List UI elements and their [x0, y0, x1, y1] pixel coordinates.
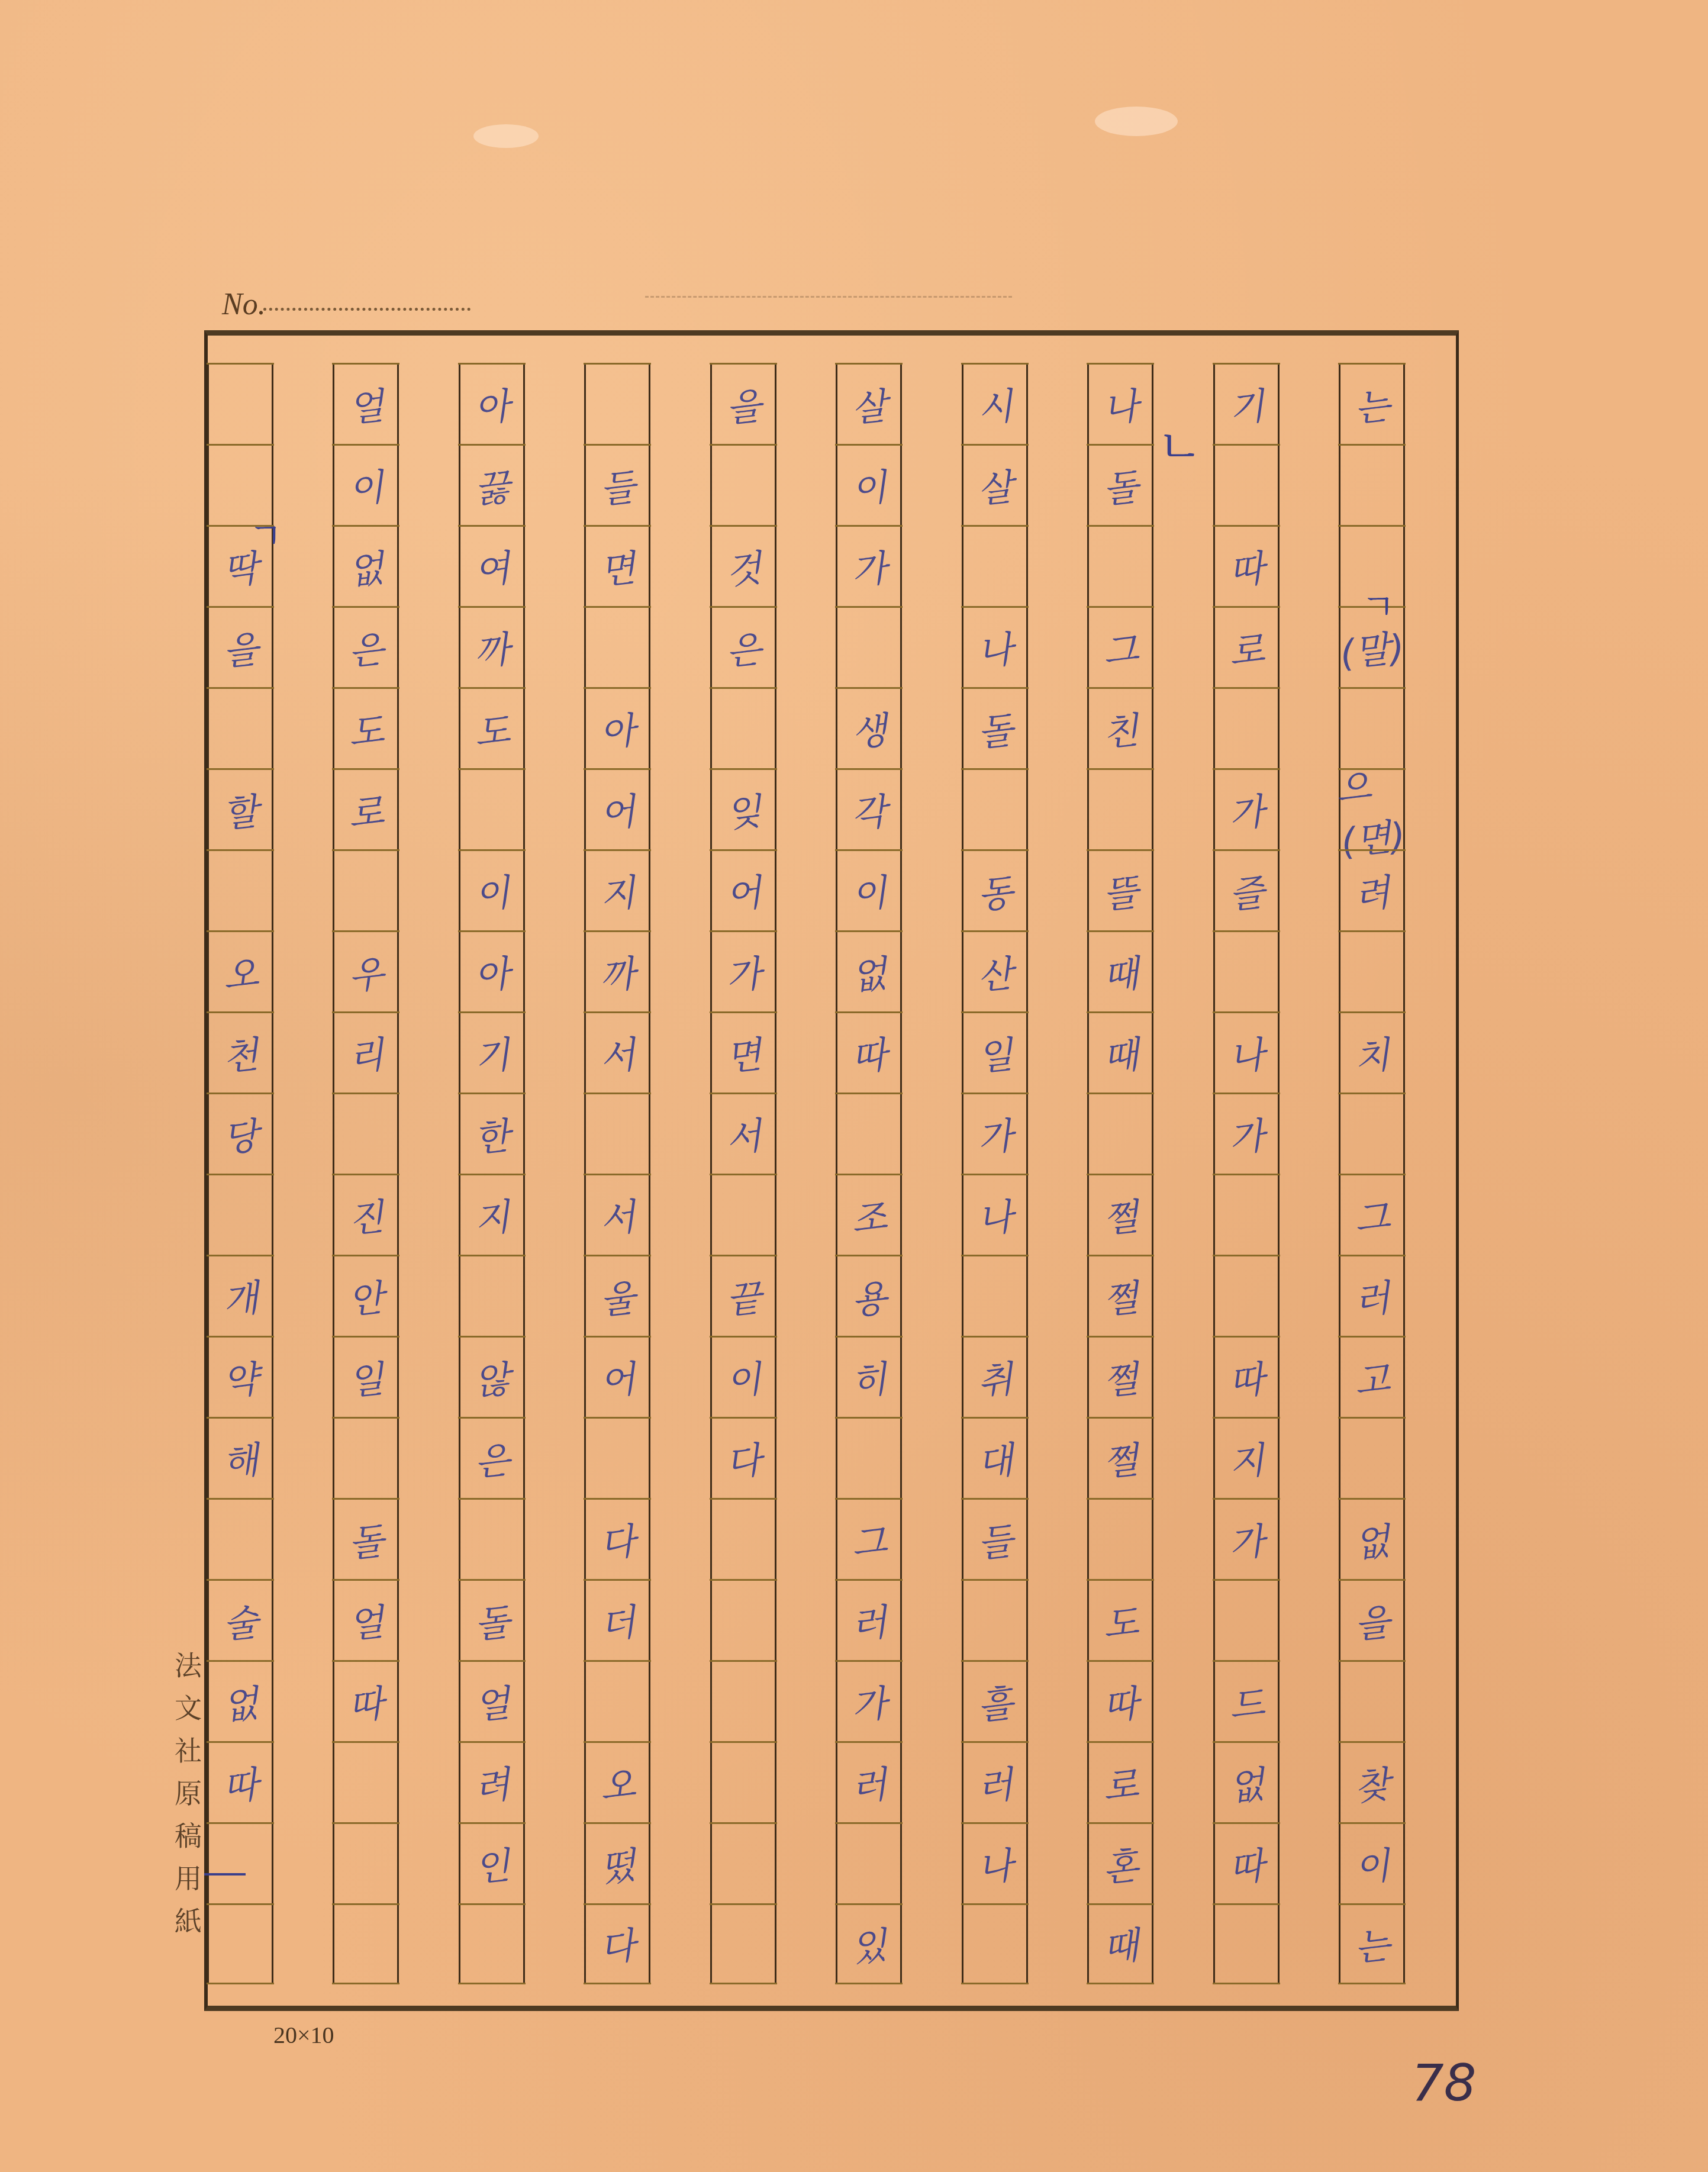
handwritten-character: 이 — [1352, 1836, 1393, 1892]
publisher-label-char: 法 — [170, 1644, 206, 1687]
handwritten-character: 쩔 — [1100, 1430, 1141, 1487]
manuscript-cell: 술 — [207, 1579, 274, 1660]
manuscript-cell: 리 — [332, 1011, 399, 1093]
handwritten-character: 을 — [723, 376, 763, 433]
handwritten-character: 쩔 — [1100, 1268, 1141, 1325]
manuscript-cell — [207, 1498, 274, 1579]
handwritten-character: 생 — [849, 701, 890, 757]
paper-stain — [1095, 107, 1178, 136]
manuscript-column: 을것은잊어가면서끝이다 — [710, 363, 776, 1984]
manuscript-cell — [1087, 768, 1154, 849]
manuscript-cell — [584, 1417, 651, 1498]
handwritten-character: 어 — [723, 863, 763, 919]
handwritten-character: 울 — [597, 1268, 638, 1325]
handwritten-character: 나 — [974, 1187, 1015, 1243]
handwritten-character: 취 — [974, 1349, 1015, 1406]
handwritten-character: 로 — [346, 782, 386, 838]
manuscript-cell: 얼 — [332, 363, 399, 444]
manuscript-cell: 가 — [1213, 768, 1280, 849]
manuscript-cell: 없 — [332, 525, 399, 606]
handwritten-character: 각 — [849, 782, 890, 838]
manuscript-cell: 을 — [710, 363, 777, 444]
handwritten-character: 끓 — [471, 457, 512, 514]
manuscript-cell: 나 — [961, 606, 1029, 687]
handwritten-character: 이 — [849, 863, 890, 919]
manuscript-cell — [584, 606, 651, 687]
manuscript-cell: 각 — [835, 768, 903, 849]
handwritten-character: 가 — [1226, 782, 1267, 838]
manuscript-cell: 나 — [1087, 363, 1154, 444]
handwritten-character: 나 — [974, 1836, 1015, 1892]
handwritten-character: 면 — [723, 1025, 763, 1081]
manuscript-cell — [710, 687, 777, 768]
manuscript-cell: 없 — [1213, 1741, 1280, 1822]
handwritten-character: 가 — [849, 1674, 890, 1730]
underline-mark — [204, 1873, 246, 1875]
manuscript-cell: 쩔 — [1087, 1174, 1154, 1255]
manuscript-cell — [332, 1741, 399, 1822]
manuscript-cell: 도 — [1087, 1579, 1154, 1660]
manuscript-cell: 다 — [584, 1498, 651, 1579]
manuscript-cell: 이 — [332, 444, 399, 525]
handwritten-character: 시 — [974, 376, 1015, 433]
handwritten-character: 다 — [723, 1430, 763, 1487]
handwritten-character: 끝 — [723, 1268, 763, 1325]
publisher-label-char: 文 — [170, 1687, 206, 1729]
manuscript-cell: 돌 — [961, 687, 1029, 768]
manuscript-cell: 얼 — [332, 1579, 399, 1660]
handwritten-character: 가 — [1226, 1512, 1267, 1568]
handwritten-character: 찾 — [1352, 1755, 1393, 1811]
manuscript-cell: 살 — [961, 444, 1029, 525]
manuscript-column: 들면아어지까서서울어다더오떴다 — [584, 363, 650, 1984]
manuscript-cell — [835, 1417, 903, 1498]
manuscript-cell: 때 — [1087, 1903, 1154, 1984]
manuscript-cell — [458, 1498, 526, 1579]
handwritten-character: 따 — [220, 1755, 260, 1811]
manuscript-cell: 은 — [332, 606, 399, 687]
manuscript-cell: 러 — [835, 1741, 903, 1822]
manuscript-cell: 즐 — [1213, 849, 1280, 930]
handwritten-character: 기 — [1226, 376, 1267, 433]
manuscript-cell — [332, 849, 399, 930]
handwritten-character: 러 — [974, 1755, 1015, 1811]
manuscript-cell: 흘 — [961, 1660, 1029, 1741]
manuscript-cell: 나 — [961, 1822, 1029, 1903]
handwritten-character: 도 — [346, 701, 386, 757]
handwritten-character: 다 — [597, 1512, 638, 1568]
handwritten-character: 그 — [1100, 620, 1141, 676]
manuscript-cell — [458, 768, 526, 849]
manuscript-cell: 가 — [710, 930, 777, 1011]
handwritten-character: 일 — [346, 1349, 386, 1406]
manuscript-cell: 까 — [584, 930, 651, 1011]
manuscript-cell: 로 — [1087, 1741, 1154, 1822]
manuscript-cell: 기 — [1213, 363, 1280, 444]
handwritten-character: 로 — [1100, 1755, 1141, 1811]
manuscript-cell: 따 — [207, 1741, 274, 1822]
manuscript-column: 얼이없은도로우리진안일돌얼따 — [333, 363, 399, 1984]
manuscript-cell — [710, 1174, 777, 1255]
manuscript-cell: 끓 — [458, 444, 526, 525]
manuscript-cell: 려 — [458, 1741, 526, 1822]
manuscript-cell — [710, 1741, 777, 1822]
publisher-label-char: 用 — [170, 1857, 206, 1900]
handwritten-character: 할 — [220, 782, 260, 838]
manuscript-cell: 려 — [1338, 849, 1406, 930]
manuscript-cell: 나 — [1213, 1011, 1280, 1093]
handwritten-character: 는 — [1352, 376, 1393, 433]
manuscript-cell — [584, 1093, 651, 1174]
manuscript-column: 딱을할오천당개약해술없따 — [207, 363, 273, 1984]
manuscript-cell: 을 — [207, 606, 274, 687]
manuscript-cell — [835, 1093, 903, 1174]
manuscript-cell: 용 — [835, 1255, 903, 1336]
manuscript-cell: 다 — [584, 1903, 651, 1984]
handwritten-character: 려 — [1352, 863, 1393, 919]
manuscript-cell: 찾 — [1338, 1741, 1406, 1822]
manuscript-cell: 나 — [961, 1174, 1029, 1255]
manuscript-cell: 천 — [207, 1011, 274, 1093]
manuscript-cell: 뜰 — [1087, 849, 1154, 930]
handwritten-character: 들 — [974, 1512, 1015, 1568]
handwritten-character: 오 — [597, 1755, 638, 1811]
manuscript-cell: 가 — [835, 525, 903, 606]
manuscript-cell — [332, 1417, 399, 1498]
handwritten-character: 따 — [346, 1674, 386, 1730]
manuscript-cell: 들 — [961, 1498, 1029, 1579]
handwritten-character: 않 — [471, 1349, 512, 1406]
manuscript-cell: 따 — [1213, 1336, 1280, 1417]
correction-mark-icon: ㄱ — [1361, 579, 1396, 630]
handwritten-character: 로 — [1226, 620, 1267, 676]
manuscript-cell — [584, 1660, 651, 1741]
manuscript-cell: 들 — [584, 444, 651, 525]
handwritten-character: 아 — [471, 944, 512, 1000]
manuscript-cell — [1338, 1093, 1406, 1174]
handwritten-character: 해 — [220, 1430, 260, 1487]
publisher-label: 法文社原稿用紙 — [170, 1644, 206, 1942]
manuscript-cell: 일 — [332, 1336, 399, 1417]
manuscript-cell: 해 — [207, 1417, 274, 1498]
manuscript-cell: 약 — [207, 1336, 274, 1417]
handwritten-character: 따 — [1226, 539, 1267, 595]
manuscript-cell: 으(면) — [1338, 768, 1406, 849]
manuscript-cell: 지 — [584, 849, 651, 930]
handwritten-character: 서 — [597, 1025, 638, 1081]
manuscript-cell: 쩔 — [1087, 1417, 1154, 1498]
manuscript-cell — [710, 1660, 777, 1741]
manuscript-cell: 개 — [207, 1255, 274, 1336]
handwritten-character: 드 — [1226, 1674, 1267, 1730]
manuscript-cell: 따 — [1213, 1822, 1280, 1903]
manuscript-cell: 돌 — [1087, 444, 1154, 525]
handwritten-character: 들 — [597, 457, 638, 514]
manuscript-cell: 러 — [961, 1741, 1029, 1822]
handwritten-character: 은 — [471, 1430, 512, 1487]
manuscript-cell: 히 — [835, 1336, 903, 1417]
manuscript-cell — [835, 606, 903, 687]
manuscript-column: 아끓여까도이아기한지않은돌얼려인 — [459, 363, 525, 1984]
manuscript-cell — [1213, 930, 1280, 1011]
manuscript-cell — [1213, 1903, 1280, 1984]
faint-pencil-line — [645, 296, 1012, 298]
manuscript-cell: 지 — [458, 1174, 526, 1255]
handwritten-character: 얼 — [346, 376, 386, 433]
handwritten-character: 즐 — [1226, 863, 1267, 919]
handwritten-character: 한 — [471, 1106, 512, 1162]
manuscript-column: 기따로가즐나가따지가드없따 — [1213, 363, 1280, 1984]
manuscript-cell: 가 — [961, 1093, 1029, 1174]
manuscript-cell — [961, 1903, 1029, 1984]
manuscript-cell: 따 — [835, 1011, 903, 1093]
manuscript-cell: 그 — [1087, 606, 1154, 687]
manuscript-cell: 생 — [835, 687, 903, 768]
handwritten-character: 치 — [1352, 1025, 1393, 1081]
handwritten-page-number: 78 — [1411, 2054, 1476, 2113]
handwritten-character: 러 — [1352, 1268, 1393, 1325]
manuscript-cell — [1087, 525, 1154, 606]
manuscript-column: 나돌그친뜰때때쩔쩔쩔쩔도따로혼때 — [1087, 363, 1153, 1984]
manuscript-cell — [332, 1822, 399, 1903]
manuscript-cell: 살 — [835, 363, 903, 444]
handwritten-character: 뜰 — [1100, 863, 1141, 919]
handwritten-character: 얼 — [346, 1593, 386, 1649]
manuscript-cell — [458, 1255, 526, 1336]
manuscript-cell — [1338, 444, 1406, 525]
handwritten-character: 서 — [597, 1187, 638, 1243]
manuscript-cell — [207, 363, 274, 444]
handwritten-character: 아 — [471, 376, 512, 433]
handwritten-character: 서 — [723, 1106, 763, 1162]
handwritten-character: 없 — [1226, 1755, 1267, 1811]
manuscript-cell — [1213, 1579, 1280, 1660]
manuscript-cell — [1213, 1174, 1280, 1255]
grid-size-label: 20×10 — [273, 2021, 334, 2049]
correction-mark-icon: ㄴ — [1157, 408, 1203, 476]
handwritten-character: 쩔 — [1100, 1187, 1141, 1243]
manuscript-cell: 안 — [332, 1255, 399, 1336]
manuscript-cell: 드 — [1213, 1660, 1280, 1741]
manuscript-cell: 우 — [332, 930, 399, 1011]
manuscript-cell: 아 — [584, 687, 651, 768]
handwritten-character: 면 — [597, 539, 638, 595]
handwritten-character: 돌 — [974, 701, 1015, 757]
manuscript-cell: 러 — [1338, 1255, 1406, 1336]
handwritten-character: 진 — [346, 1187, 386, 1243]
handwritten-character: 기 — [471, 1025, 512, 1081]
manuscript-cell: 서 — [710, 1093, 777, 1174]
manuscript-cell: 어 — [584, 1336, 651, 1417]
handwritten-character: 없 — [1352, 1512, 1393, 1568]
manuscript-cell: 할 — [207, 768, 274, 849]
handwritten-character: 안 — [346, 1268, 386, 1325]
handwritten-character: 조 — [849, 1187, 890, 1243]
page-number-label: No. — [222, 287, 266, 322]
manuscript-column: 살이가생각이없따조용히그러가러있 — [836, 363, 902, 1984]
manuscript-cell — [710, 1903, 777, 1984]
manuscript-cell: 서 — [584, 1011, 651, 1093]
manuscript-cell: 로 — [332, 768, 399, 849]
handwritten-character: 살 — [974, 457, 1015, 514]
manuscript-cell: 오 — [207, 930, 274, 1011]
handwritten-character: 친 — [1100, 701, 1141, 757]
manuscript-cell — [1213, 444, 1280, 525]
manuscript-cell: 여 — [458, 525, 526, 606]
handwritten-character: 는 — [1352, 1916, 1393, 1972]
handwritten-character: 지 — [1226, 1430, 1267, 1487]
manuscript-cell — [1338, 1660, 1406, 1741]
handwritten-character: 까 — [471, 620, 512, 676]
handwritten-character: 대 — [974, 1430, 1015, 1487]
handwritten-character: 도 — [471, 701, 512, 757]
handwritten-character: 어 — [597, 782, 638, 838]
manuscript-cell: 동 — [961, 849, 1029, 930]
manuscript-cell — [710, 1498, 777, 1579]
handwritten-character: 당 — [220, 1106, 260, 1162]
handwritten-character: 이 — [471, 863, 512, 919]
manuscript-cell — [961, 1579, 1029, 1660]
handwritten-character: 은 — [723, 620, 763, 676]
manuscript-cell — [961, 525, 1029, 606]
manuscript-cell: 지 — [1213, 1417, 1280, 1498]
handwritten-character: 일 — [974, 1025, 1015, 1081]
handwritten-character: 나 — [1100, 376, 1141, 433]
manuscript-cell: 따 — [332, 1660, 399, 1741]
manuscript-cell: 더 — [584, 1579, 651, 1660]
manuscript-cell — [207, 1174, 274, 1255]
manuscript-cell: 가 — [835, 1660, 903, 1741]
handwritten-character: 히 — [849, 1349, 890, 1406]
manuscript-cell: 도 — [458, 687, 526, 768]
handwritten-character: 을 — [1352, 1593, 1393, 1649]
handwritten-character: 이 — [849, 457, 890, 514]
manuscript-cell: 이 — [458, 849, 526, 930]
handwritten-character: 지 — [597, 863, 638, 919]
handwritten-character: 도 — [1100, 1593, 1141, 1649]
handwritten-character: 까 — [597, 944, 638, 1000]
manuscript-cell — [835, 1822, 903, 1903]
handwritten-character: 이 — [346, 457, 386, 514]
manuscript-cell: 따 — [1213, 525, 1280, 606]
manuscript-cell: 면 — [584, 525, 651, 606]
manuscript-cell: 가 — [1213, 1093, 1280, 1174]
handwritten-character: 없 — [346, 539, 386, 595]
manuscript-cell: 쩔 — [1087, 1336, 1154, 1417]
publisher-label-char: 原 — [170, 1772, 206, 1815]
manuscript-cell — [207, 849, 274, 930]
manuscript-cell: 아 — [458, 930, 526, 1011]
handwritten-character: 돌 — [471, 1593, 512, 1649]
manuscript-cell: 서 — [584, 1174, 651, 1255]
handwritten-character: 없 — [220, 1674, 260, 1730]
handwritten-character: 천 — [220, 1025, 260, 1081]
manuscript-cell: 한 — [458, 1093, 526, 1174]
manuscript-cell: 산 — [961, 930, 1029, 1011]
manuscript-cell: 때 — [1087, 930, 1154, 1011]
manuscript-cell — [1087, 1093, 1154, 1174]
handwritten-character: 때 — [1100, 1025, 1141, 1081]
manuscript-cell: 대 — [961, 1417, 1029, 1498]
handwritten-character: 떴 — [597, 1836, 638, 1892]
handwritten-character: 잊 — [723, 782, 763, 838]
manuscript-cell: 은 — [710, 606, 777, 687]
handwritten-character: 려 — [471, 1755, 512, 1811]
manuscript-cell — [961, 768, 1029, 849]
manuscript-cell — [207, 1903, 274, 1984]
manuscript-cell: 것 — [710, 525, 777, 606]
manuscript-cell: 얼 — [458, 1660, 526, 1741]
handwritten-character: 개 — [220, 1268, 260, 1325]
handwritten-character: 인 — [471, 1836, 512, 1892]
publisher-label-char: 社 — [170, 1729, 206, 1772]
manuscript-cell: 없 — [1338, 1498, 1406, 1579]
manuscript-cell: 돌 — [332, 1498, 399, 1579]
manuscript-cell: 이 — [710, 1336, 777, 1417]
manuscript-cell — [332, 1093, 399, 1174]
manuscript-cell: 따 — [1087, 1660, 1154, 1741]
handwritten-character: 을 — [220, 620, 260, 676]
manuscript-cell: 때 — [1087, 1011, 1154, 1093]
manuscript-cell: 떴 — [584, 1822, 651, 1903]
manuscript-cell: 이 — [1338, 1822, 1406, 1903]
manuscript-cell: 그 — [1338, 1174, 1406, 1255]
handwritten-character: 러 — [849, 1593, 890, 1649]
manuscript-cell: 면 — [710, 1011, 777, 1093]
handwritten-character: 따 — [849, 1025, 890, 1081]
manuscript-cell: 기 — [458, 1011, 526, 1093]
handwritten-character: 동 — [974, 863, 1015, 919]
handwritten-character: 없 — [849, 944, 890, 1000]
handwritten-character: 흘 — [974, 1674, 1015, 1730]
handwritten-character: 여 — [471, 539, 512, 595]
manuscript-cell: 친 — [1087, 687, 1154, 768]
handwritten-character: 살 — [849, 376, 890, 433]
handwritten-character: 따 — [1226, 1836, 1267, 1892]
manuscript-cell: 조 — [835, 1174, 903, 1255]
manuscript-cell: 오 — [584, 1741, 651, 1822]
handwritten-character: 용 — [849, 1268, 890, 1325]
manuscript-cell: 끝 — [710, 1255, 777, 1336]
handwritten-character: 것 — [723, 539, 763, 595]
manuscript-cell: 로 — [1213, 606, 1280, 687]
handwritten-character: 더 — [597, 1593, 638, 1649]
manuscript-cell — [1338, 930, 1406, 1011]
manuscript-cell — [1087, 1498, 1154, 1579]
handwritten-character: 나 — [974, 620, 1015, 676]
handwritten-character: 지 — [471, 1187, 512, 1243]
manuscript-cell: 아 — [458, 363, 526, 444]
manuscript-cell: 잊 — [710, 768, 777, 849]
manuscript-cell: 어 — [710, 849, 777, 930]
manuscript-cell: 당 — [207, 1093, 274, 1174]
manuscript-cell: 을 — [1338, 1579, 1406, 1660]
manuscript-cell: 쩔 — [1087, 1255, 1154, 1336]
manuscript-cell: 어 — [584, 768, 651, 849]
manuscript-cell: 않 — [458, 1336, 526, 1417]
handwritten-character: 고 — [1352, 1349, 1393, 1406]
handwritten-character: 러 — [849, 1755, 890, 1811]
handwritten-character: 쩔 — [1100, 1349, 1141, 1406]
handwritten-character: 다 — [597, 1916, 638, 1972]
manuscript-cell: 고 — [1338, 1336, 1406, 1417]
handwritten-character: 가 — [974, 1106, 1015, 1162]
manuscript-cell — [1338, 1417, 1406, 1498]
manuscript-cell: 일 — [961, 1011, 1029, 1093]
manuscript-cell: 진 — [332, 1174, 399, 1255]
manuscript-cell: 시 — [961, 363, 1029, 444]
handwritten-character: 가 — [1226, 1106, 1267, 1162]
